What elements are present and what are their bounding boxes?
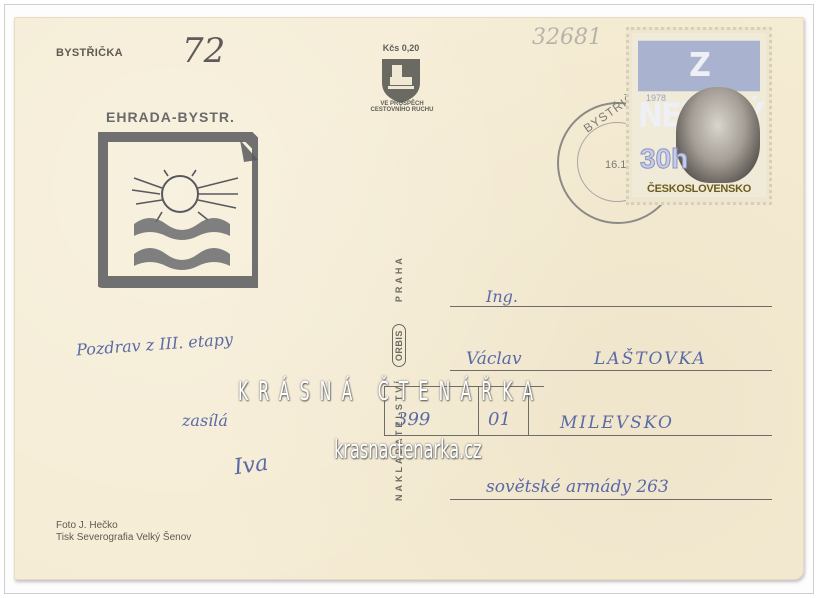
stamp-year: 1978 — [646, 93, 666, 103]
stamp-design: Z NEJEDLÝ 1978 30h ČESKOSLOVENSKO — [632, 33, 766, 197]
publisher-city: PRAHA — [394, 255, 404, 302]
signature: Iva — [232, 451, 269, 481]
hotel-stamp-text: EHRADA-BYSTR. — [106, 109, 235, 125]
fee-amount: Kčs 0,20 — [366, 43, 436, 53]
orbis-badge: ORBIS — [392, 324, 406, 367]
watermark-title: KRÁSNÁ ČTENÁŘKA — [238, 377, 543, 407]
message-line-1: Pozdrav z III. etapy — [76, 330, 234, 360]
postage-stamp: Z NEJEDLÝ 1978 30h ČESKOSLOVENSKO — [626, 27, 772, 205]
hotel-building-icon — [376, 55, 426, 105]
archive-number: 32681 — [532, 25, 602, 50]
credits: Foto J. Hečko Tisk Severografia Velký Še… — [56, 520, 191, 544]
photo-credit: Foto J. Hečko — [56, 520, 191, 532]
address-line-1 — [450, 306, 772, 307]
watermark-url: krasnactenarka.cz — [334, 435, 482, 465]
address-title: Ing. — [486, 287, 518, 306]
sun-over-waves-icon — [98, 132, 258, 292]
postcode-part-a: 399 — [396, 409, 430, 430]
postcode-part-b: 01 — [488, 409, 511, 430]
print-credit: Tisk Severografia Velký Šenov — [56, 532, 191, 544]
fee-text: VE PROSPĚCH CESTOVNÍHO RUCHU — [360, 101, 444, 113]
postcard: BYSTŘIČKA 72 32681 EHRADA-BYSTR. Kčs 0,2… — [14, 17, 804, 580]
fee-mark: Kčs 0,20 VE PROSPĚCH CESTOVNÍHO RUCHU — [366, 43, 436, 113]
address-line-2 — [450, 370, 772, 371]
location-title: BYSTŘIČKA — [56, 47, 123, 59]
stamp-value: 30h — [640, 143, 688, 175]
address-last-name: LAŠTOVKA — [594, 349, 707, 369]
address-first-name: Václav — [466, 349, 522, 369]
stamp-name: Z NEJEDLÝ — [638, 41, 760, 92]
address-street: sovětské armády 263 — [486, 477, 669, 497]
address-city: MILEVSKO — [560, 413, 674, 433]
address-line-3 — [450, 435, 772, 436]
message-line-2: zasílá — [182, 411, 228, 430]
stamp-country: ČESKOSLOVENSKO — [632, 183, 766, 195]
portrait-icon — [676, 87, 760, 183]
address-line-4 — [450, 499, 772, 500]
pencil-number: 72 — [182, 31, 225, 71]
